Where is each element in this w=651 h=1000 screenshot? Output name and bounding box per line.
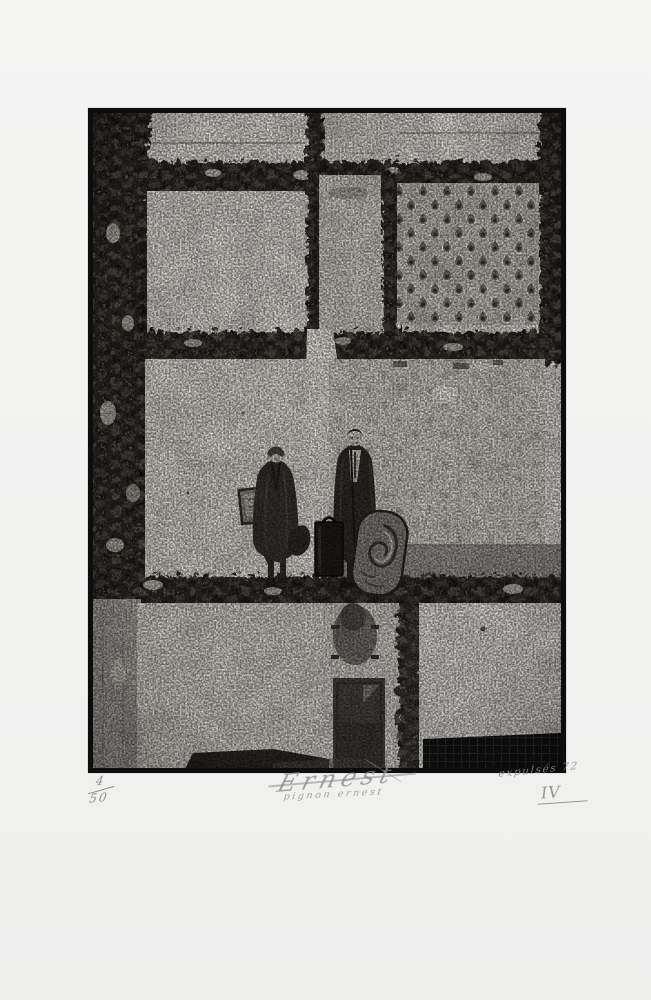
edition-number: 4 50 bbox=[84, 772, 131, 814]
series-numeral: IV bbox=[536, 780, 587, 804]
demolished-wall-photo bbox=[93, 113, 561, 768]
framed-photograph bbox=[88, 108, 566, 773]
vignette-overlay bbox=[93, 113, 561, 768]
edition-numerator: 4 bbox=[95, 773, 105, 788]
title-inscription-block: expulsés 72 IV bbox=[499, 764, 609, 812]
artist-signature: Ernest pignon ernest bbox=[266, 766, 456, 810]
edition-denominator: 50 bbox=[88, 790, 109, 806]
print-paper: 4 50 Ernest pignon ernest expulsés 72 IV bbox=[0, 0, 651, 1000]
